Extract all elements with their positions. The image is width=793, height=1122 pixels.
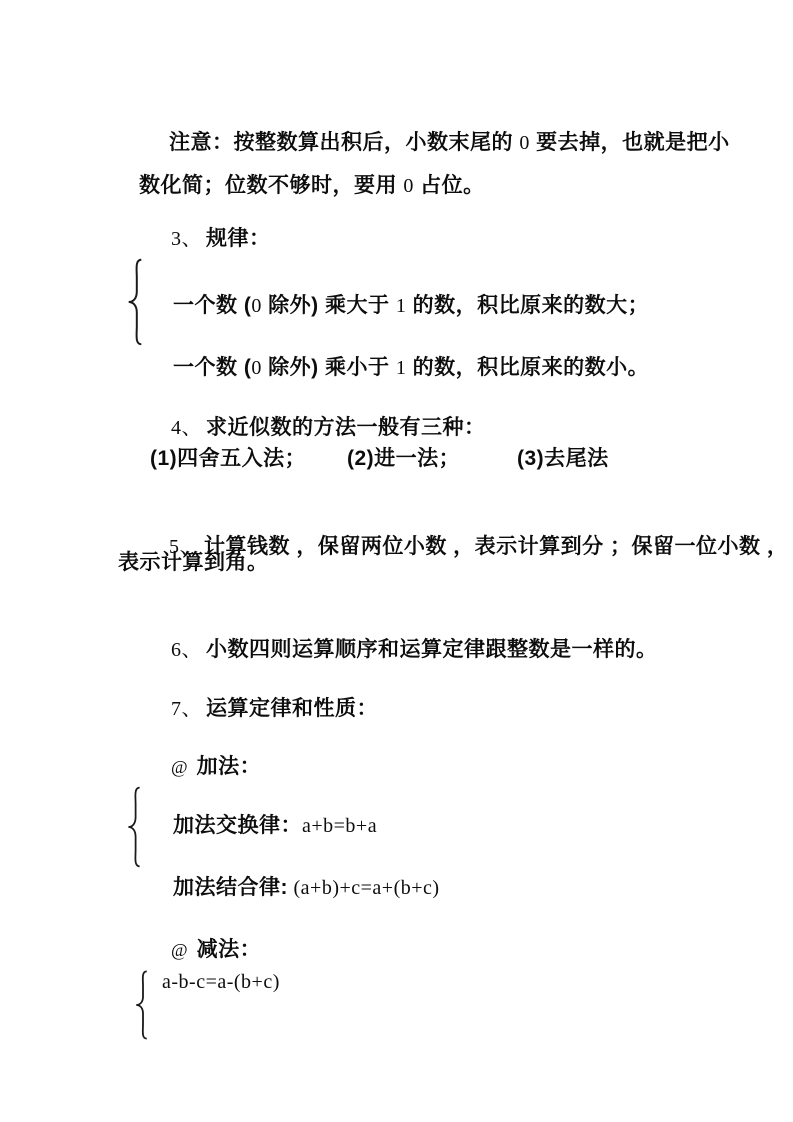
subtraction-formula: a-b-c=a-(b+c) <box>162 969 280 995</box>
at-sign-icon: @ <box>171 757 188 777</box>
addition-law-formula: (a+b)+c=a+(b+c) <box>288 877 440 899</box>
rule5-line-2: 表示计算到角。 <box>118 550 269 576</box>
rule3-item-number: 0 <box>251 295 262 317</box>
rule3-item-text: 的数，积比原来的数大； <box>406 294 649 317</box>
rule7-title: 运算定律和性质： <box>206 697 378 720</box>
rule3-item-text: 除外) 乘小于 <box>262 356 396 379</box>
document-page: 注意：按整数算出积后，小数末尾的 0 要去掉，也就是把小 数化简；位数不够时，要… <box>0 0 793 1122</box>
rule4-method-2: (2)进一法； <box>347 446 460 472</box>
rule3-item-text: 一个数 ( <box>173 294 251 317</box>
rule6-text: 小数四则运算顺序和运算定律跟整数是一样的。 <box>206 638 658 661</box>
note-number-zero: 0 <box>403 175 414 197</box>
rule3-item-text: 的数，积比原来的数小。 <box>406 356 649 379</box>
rule3-item-number: 1 <box>396 357 407 379</box>
addition-law-label: 加法交换律： <box>173 814 302 837</box>
rule7-number: 7、 <box>171 698 202 720</box>
note-number-zero: 0 <box>519 132 530 154</box>
curly-brace-icon <box>134 970 149 1040</box>
rule3-number: 3、 <box>171 228 202 250</box>
subtraction-title: 减法： <box>197 938 262 961</box>
rule3-item-number: 0 <box>251 357 262 379</box>
rule3-item-text: 一个数 ( <box>173 356 251 379</box>
rule6-number: 6、 <box>171 639 202 661</box>
addition-title: 加法： <box>197 755 262 778</box>
curly-brace-icon <box>126 258 144 346</box>
addition-law-formula: a+b=b+a <box>302 815 377 837</box>
rule4-title: 求近似数的方法一般有三种： <box>206 416 486 439</box>
note-text: 占位。 <box>414 174 485 197</box>
rule5-text: 计算钱数 ，保留两位小数 ，表示计算到分 ；保留一位小数 ， <box>204 535 788 558</box>
rule3-item-number: 1 <box>396 295 407 317</box>
curly-brace-icon <box>126 786 142 868</box>
at-sign-icon: @ <box>171 940 188 960</box>
rule4-method-1: (1)四舍五入法； <box>150 446 306 472</box>
note-text: 要去掉，也就是把小 <box>530 131 730 154</box>
rule3-item-text: 除外) 乘大于 <box>262 294 396 317</box>
rule3-title: 规律： <box>206 227 271 250</box>
rule4-method-3: (3)去尾法 <box>517 446 609 472</box>
rule4-number: 4、 <box>171 417 202 439</box>
addition-law-label: 加法结合律: <box>173 876 288 899</box>
note-text: 数化简；位数不够时，要用 <box>139 174 403 197</box>
